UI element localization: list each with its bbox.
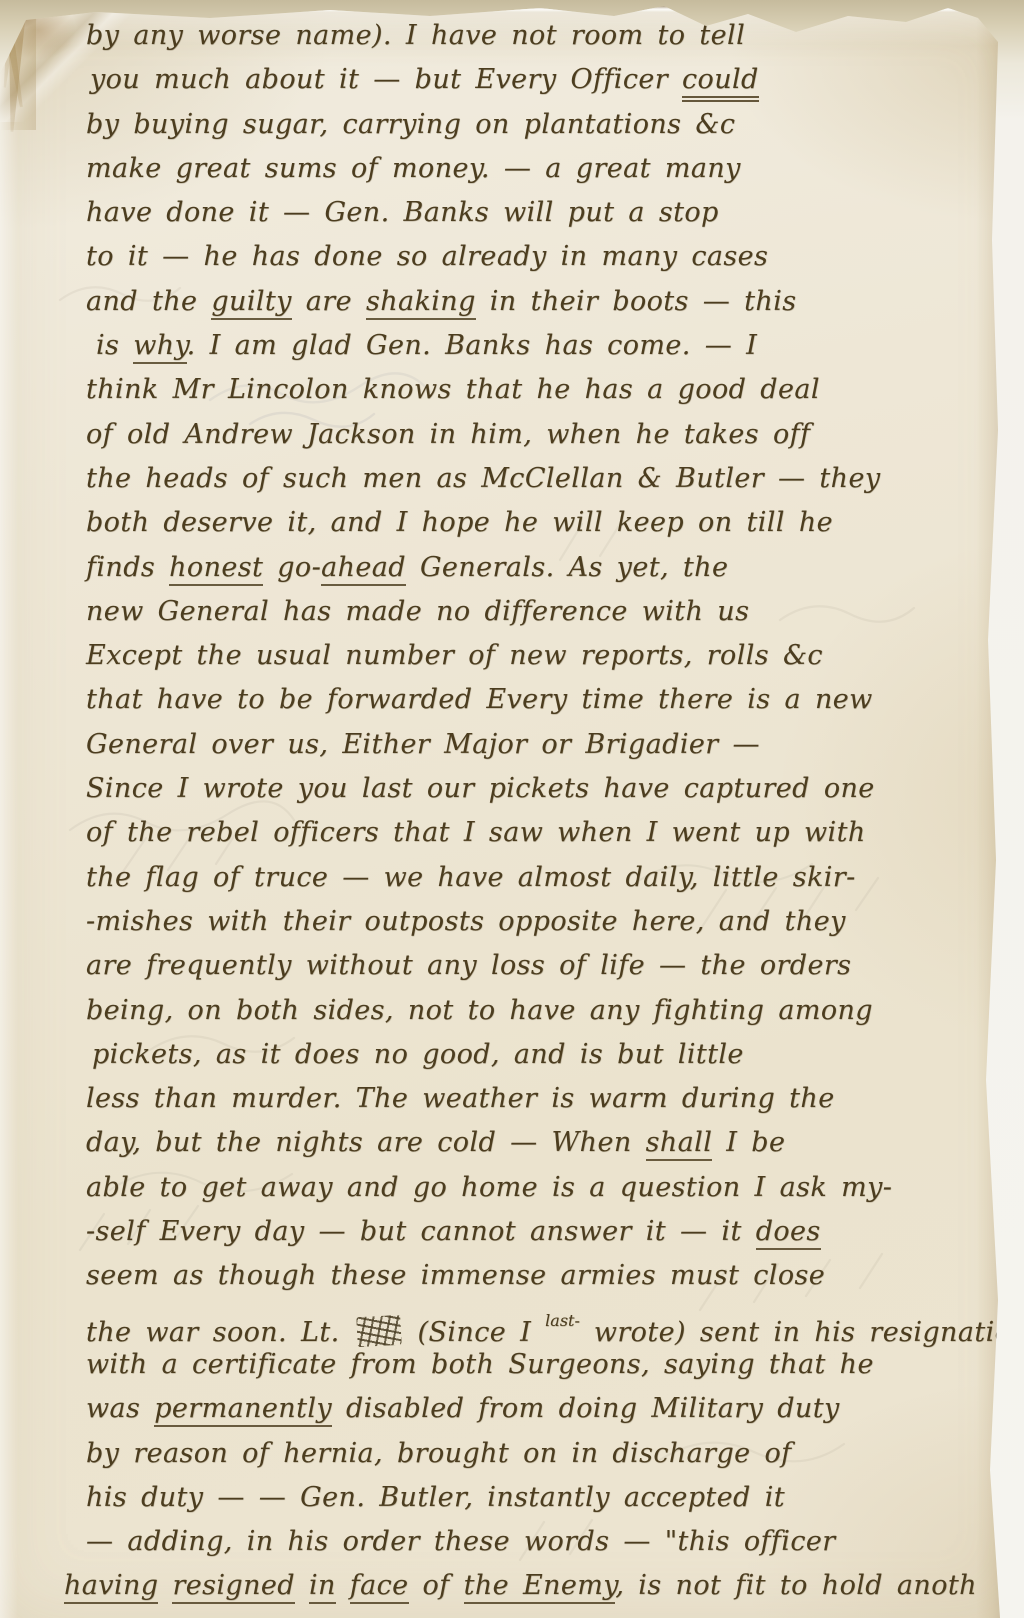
letter-line: by any worse name). I have not room to t… — [86, 14, 952, 58]
letter-text-segment: you much about it — but Every Officer — [90, 64, 682, 95]
letter-line: — adding, in his order these words — "th… — [86, 1520, 952, 1564]
letter-line: the flag of truce — we have almost daily… — [86, 856, 952, 900]
letter-line: to it — he has done so already in many c… — [86, 235, 952, 279]
letter-text-segment: is — [96, 330, 133, 361]
letter-line: with a certificate from both Surgeons, s… — [86, 1343, 952, 1387]
letter-text-segment: General over us, Either Major or Brigadi… — [86, 729, 760, 760]
underlined-phrase: shall — [646, 1127, 713, 1161]
letter-text-segment: think Mr Lincolon knows that he has a go… — [86, 374, 820, 405]
letter-line: think Mr Lincolon knows that he has a go… — [86, 368, 952, 412]
letter-text-segment: the heads of such men as McClellan & But… — [86, 463, 880, 494]
ink-scribble-blot — [356, 1314, 402, 1346]
letter-text-segment: of old Andrew Jackson in him, when he ta… — [86, 419, 810, 450]
underlined-phrase: permanently — [154, 1393, 332, 1427]
letter-line: both deserve it, and I hope he will keep… — [86, 501, 952, 545]
letter-text-segment: Except the usual number of new reports, … — [86, 640, 823, 671]
letter-line: pickets, as it does no good, and is but … — [86, 1033, 952, 1077]
letter-line: General over us, Either Major or Brigadi… — [86, 723, 952, 767]
letter-line: Except the usual number of new reports, … — [86, 634, 952, 678]
letter-line: his duty — — Gen. Butler, instantly acce… — [86, 1476, 952, 1520]
stain-smudge — [0, 0, 30, 22]
letter-line: by buying sugar, carrying on plantations… — [86, 103, 952, 147]
double-underlined-phrase: could — [682, 64, 759, 102]
letter-text-segment: by buying sugar, carrying on plantations… — [86, 109, 735, 140]
stain-spot — [0, 0, 28, 18]
underlined-phrase: ahead — [321, 552, 406, 586]
letter-text-segment: by any worse name). I have not room to t… — [86, 20, 745, 51]
letter-line: of the rebel officers that I saw when I … — [86, 811, 952, 855]
underlined-phrase: in — [309, 1570, 336, 1604]
paper-left-edge — [0, 0, 18, 1618]
letter-line: having resigned in face of the Enemy, is… — [64, 1564, 952, 1608]
fold-crease — [0, 0, 1014, 12]
letter-text-segment: disabled from doing Military duty — [332, 1393, 840, 1424]
inserted-word-above-line: last- — [545, 1311, 580, 1330]
letter-line: day, but the nights are cold — When shal… — [86, 1121, 952, 1165]
letter-line: make great sums of money. — a great many — [86, 147, 952, 191]
fold-crease — [0, 0, 1014, 12]
letter-line: the heads of such men as McClellan & But… — [86, 457, 952, 501]
letter-text-segment: are frequently without any loss of life … — [86, 950, 851, 981]
letter-text-segment: are — [292, 286, 366, 317]
letter-line: seem as though these immense armies must… — [86, 1254, 952, 1298]
letter-text-segment: day, but the nights are cold — When — [86, 1127, 646, 1158]
letter-text-segment — [336, 1570, 350, 1601]
letter-text-segment: both deserve it, and I hope he will keep… — [86, 507, 833, 538]
letter-text-segment: was — [86, 1393, 154, 1424]
letter-text-segment: pickets, as it does no good, and is but … — [92, 1039, 744, 1070]
letter-text-segment: and the — [86, 286, 211, 317]
underlined-phrase: the Enemy — [464, 1570, 616, 1604]
letter-line: of old Andrew Jackson in him, when he ta… — [86, 413, 952, 457]
underlined-phrase: guilty — [211, 286, 291, 320]
underlined-phrase: resigned — [172, 1570, 295, 1604]
letter-line: -self Every day — but cannot answer it —… — [86, 1210, 952, 1254]
fold-crease — [0, 0, 1014, 12]
letter-line: have done it — Gen. Banks will put a sto… — [86, 191, 952, 235]
letter-line: by reason of hernia, brought on in disch… — [86, 1432, 952, 1476]
letter-text-segment: . I am glad Gen. Banks has come. — I — [187, 330, 758, 361]
letter-text-segment: able to get away and go home is a questi… — [86, 1172, 892, 1203]
ink-fleck — [0, 0, 11, 10]
letter-line: new General has made no difference with … — [86, 590, 952, 634]
underlined-phrase: shaking — [366, 286, 476, 320]
ink-fleck — [0, 0, 9, 9]
letter-scan: by any worse name). I have not room to t… — [0, 0, 1024, 1618]
letter-text-segment: finds — [86, 552, 169, 583]
letter-line: that have to be forwarded Every time the… — [86, 678, 952, 722]
letter-line: less than murder. The weather is warm du… — [86, 1077, 952, 1121]
paper-right-edge — [976, 0, 1006, 1618]
letter-text-segment: seem as though these immense armies must… — [86, 1260, 825, 1291]
paper-sheet: by any worse name). I have not room to t… — [0, 0, 1024, 1618]
letter-line: able to get away and go home is a questi… — [86, 1166, 952, 1210]
letter-text-segment: in their boots — this — [476, 286, 797, 317]
letter-text-segment: with a certificate from both Surgeons, s… — [86, 1349, 874, 1380]
letter-line: finds honest go-ahead Generals. As yet, … — [86, 546, 952, 590]
letter-text-segment: new General has made no difference with … — [86, 596, 749, 627]
letter-text-segment: I be — [712, 1127, 785, 1158]
letter-line: being, on both sides, not to have any fi… — [86, 989, 952, 1033]
letter-text-segment: by reason of hernia, brought on in disch… — [86, 1438, 792, 1469]
letter-text-segment: have done it — Gen. Banks will put a sto… — [86, 197, 719, 228]
letter-text-segment: go- — [263, 552, 321, 583]
letter-text-segment: that have to be forwarded Every time the… — [86, 684, 873, 715]
underlined-phrase: face — [350, 1570, 409, 1604]
letter-text-segment: Since I wrote you last our pickets have … — [86, 773, 875, 804]
letter-text-segment: make great sums of money. — a great many — [86, 153, 741, 184]
letter-text-segment: to it — he has done so already in many c… — [86, 241, 768, 272]
letter-line: was permanently disabled from doing Mili… — [86, 1387, 952, 1431]
letter-text-segment — [158, 1570, 172, 1601]
letter-text-segment — [295, 1570, 309, 1601]
letter-line: -mishes with their outposts opposite her… — [86, 900, 952, 944]
underlined-phrase: why — [133, 330, 186, 364]
letter-text-segment: -mishes with their outposts opposite her… — [86, 906, 846, 937]
letter-text-segment: -self Every day — but cannot answer it —… — [86, 1216, 756, 1247]
stain-blob — [0, 0, 40, 28]
underlined-phrase: having — [64, 1570, 158, 1604]
letter-text-segment: — adding, in his order these words — "th… — [86, 1526, 836, 1557]
letter-text-segment: Generals. As yet, the — [406, 552, 728, 583]
letter-text-segment: of — [409, 1570, 464, 1601]
letter-text: by any worse name). I have not room to t… — [86, 14, 952, 1609]
letter-text-segment: , is not fit to hold anoth — [615, 1570, 977, 1601]
letter-text-segment: less than murder. The weather is warm du… — [86, 1083, 835, 1114]
letter-line: is why. I am glad Gen. Banks has come. —… — [86, 324, 952, 368]
underlined-phrase: does — [756, 1216, 821, 1250]
letter-line: are frequently without any loss of life … — [86, 944, 952, 988]
letter-text-segment: of the rebel officers that I saw when I … — [86, 817, 866, 848]
letter-text-segment: being, on both sides, not to have any fi… — [86, 995, 873, 1026]
letter-text-segment: the flag of truce — we have almost daily… — [86, 862, 856, 893]
underlined-phrase: honest — [169, 552, 263, 586]
letter-line: and the guilty are shaking in their boot… — [86, 280, 952, 324]
letter-line: the war soon. Lt. (Since I last- wrote) … — [86, 1299, 952, 1343]
stain-spot — [0, 0, 22, 16]
fold-crease — [0, 0, 1014, 12]
letter-text-segment: his duty — — Gen. Butler, instantly acce… — [86, 1482, 785, 1513]
letter-line: you much about it — but Every Officer co… — [86, 58, 952, 102]
letter-line: Since I wrote you last our pickets have … — [86, 767, 952, 811]
